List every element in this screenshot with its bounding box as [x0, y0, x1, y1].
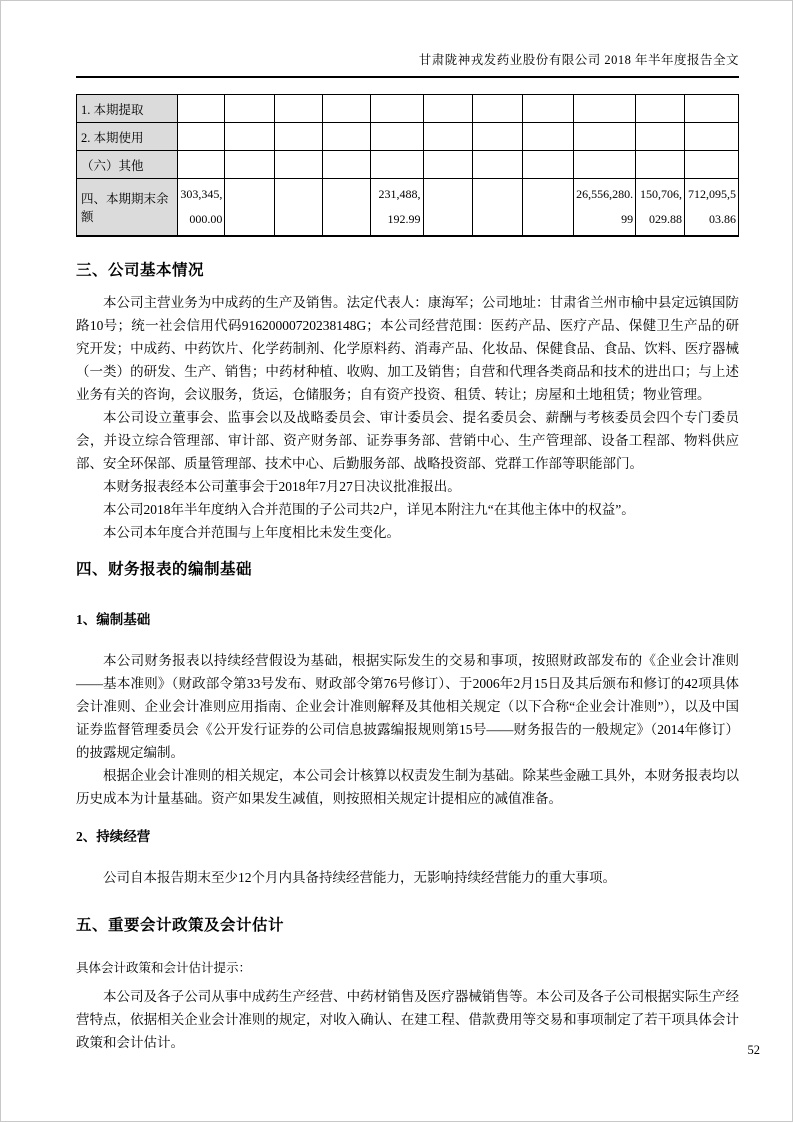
running-header: 甘肃陇神戎发药业股份有限公司 2018 年半年度报告全文 [76, 51, 739, 69]
table-cell [370, 123, 423, 151]
table-cell [523, 179, 574, 236]
table-cell [684, 123, 738, 151]
paragraph-scope-change: 本公司本年度合并范围与上年度相比未发生变化。 [76, 521, 739, 544]
table-cell: 231,488,192.99 [370, 179, 423, 236]
row-label: 2. 本期使用 [77, 123, 178, 151]
page-content: 甘肃陇神戎发药业股份有限公司 2018 年半年度报告全文 1. 本期提取 [1, 1, 792, 1054]
row-label: 四、本期期末余额 [77, 179, 178, 236]
report-page: 甘肃陇神戎发药业股份有限公司 2018 年半年度报告全文 1. 本期提取 [0, 0, 793, 1122]
table-cell [275, 151, 323, 179]
table-cell [473, 95, 523, 123]
table-cell [275, 179, 323, 236]
financial-table: 1. 本期提取 2. 本期使用 [76, 94, 739, 237]
section-heading-company-profile: 三、公司基本情况 [76, 258, 739, 280]
table-row: 四、本期期末余额 303,345,000.00 231,488,192.99 2… [77, 179, 739, 236]
paragraph-policies-detail: 本公司及各子公司从事中成药生产经营、中药材销售及医疗器械销售等。本公司及各子公司… [76, 985, 739, 1054]
table-cell [523, 123, 574, 151]
table-cell [225, 95, 275, 123]
table-cell [177, 123, 225, 151]
table-cell [523, 151, 574, 179]
table-row: （六）其他 [77, 151, 739, 179]
subsection-heading-going-concern: 2、持续经营 [76, 825, 739, 845]
table-cell [370, 151, 423, 179]
table-cell [322, 123, 370, 151]
paragraph-main-business: 本公司主营业务为中成药的生产及销售。法定代表人：康海军；公司地址：甘肃省兰州市榆… [76, 291, 739, 406]
paragraph-governance: 本公司设立董事会、监事会以及战略委员会、审计委员会、提名委员会、薪酬与考核委员会… [76, 406, 739, 475]
header-rule [76, 76, 739, 78]
table-cell: 26,556,280.99 [573, 179, 635, 236]
table-cell [275, 123, 323, 151]
table-cell [573, 95, 635, 123]
row-label: （六）其他 [77, 151, 178, 179]
table-cell [473, 151, 523, 179]
table-cell [370, 95, 423, 123]
paragraph-going-concern: 公司自本报告期末至少12个月内具备持续经营能力，无影响持续经营能力的重大事项。 [76, 866, 739, 889]
table-cell: 712,095,503.86 [684, 179, 738, 236]
paragraph-accrual-basis: 根据企业会计准则的相关规定，本公司会计核算以权责发生制为基础。除某些金融工具外，… [76, 764, 739, 810]
table-cell [423, 151, 473, 179]
table-cell [473, 179, 523, 236]
table-cell [322, 151, 370, 179]
table-cell: 303,345,000.00 [177, 179, 225, 236]
table-cell [636, 151, 685, 179]
paragraph-basis-standards: 本公司财务报表以持续经营假设为基础，根据实际发生的交易和事项，按照财政部发布的《… [76, 649, 739, 764]
table-cell [225, 151, 275, 179]
paragraph-approval: 本财务报表经本公司董事会于2018年7月27日决议批准报出。 [76, 475, 739, 498]
table-cell [423, 95, 473, 123]
table-cell [684, 151, 738, 179]
table-cell [322, 95, 370, 123]
table-cell [636, 123, 685, 151]
table-cell [573, 123, 635, 151]
table-cell [423, 179, 473, 236]
table-row: 2. 本期使用 [77, 123, 739, 151]
table-row: 1. 本期提取 [77, 95, 739, 123]
table-cell [636, 95, 685, 123]
table-cell [225, 123, 275, 151]
table-cell [225, 179, 275, 236]
row-label: 1. 本期提取 [77, 95, 178, 123]
table-cell [573, 151, 635, 179]
table-cell [423, 123, 473, 151]
table-cell: 150,706,029.88 [636, 179, 685, 236]
table-cell [473, 123, 523, 151]
page-number: 52 [748, 1043, 761, 1058]
table-cell [523, 95, 574, 123]
table-cell [177, 151, 225, 179]
policies-note: 具体会计政策和会计估计提示： [76, 959, 739, 977]
section-heading-accounting-policies: 五、重要会计政策及会计估计 [76, 913, 739, 935]
section-heading-preparation-basis: 四、财务报表的编制基础 [76, 557, 739, 579]
table-cell [322, 179, 370, 236]
subsection-heading-basis: 1、编制基础 [76, 608, 739, 628]
table-cell [275, 95, 323, 123]
table-cell [684, 95, 738, 123]
table-cell [177, 95, 225, 123]
paragraph-subsidiaries: 本公司2018年半年度纳入合并范围的子公司共2户，详见本附注九“在其他主体中的权… [76, 498, 739, 521]
